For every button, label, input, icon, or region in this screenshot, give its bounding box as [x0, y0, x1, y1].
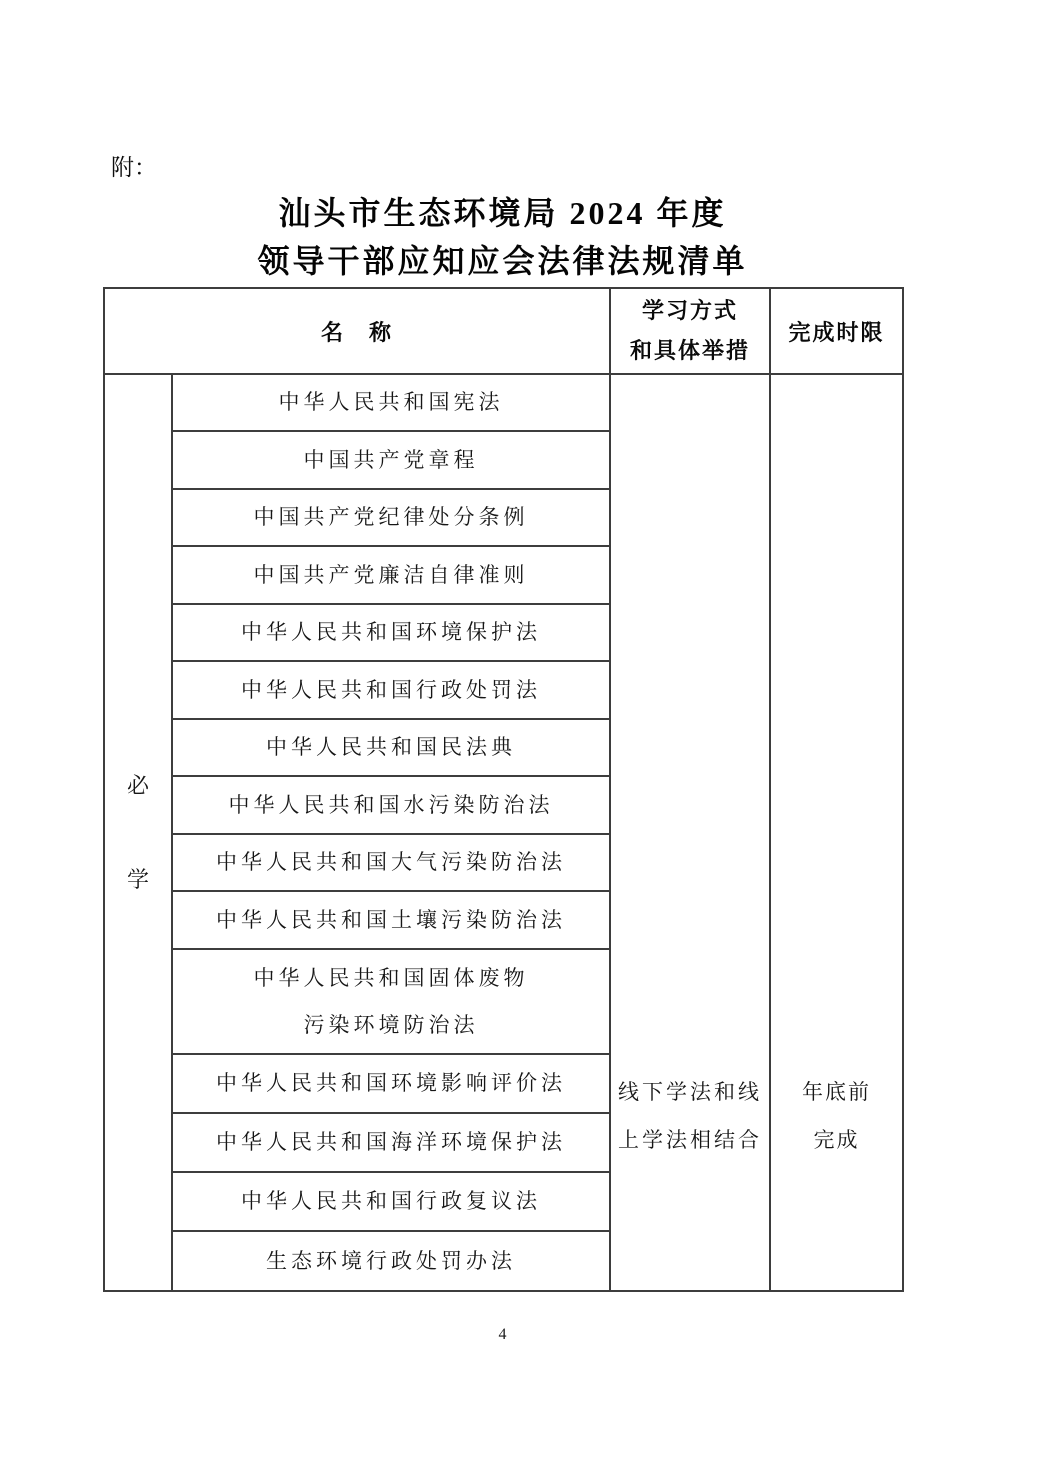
document-title-line1: 汕头市生态环境局 2024 年度: [103, 189, 902, 237]
law-name: 中华人民共和国宪法: [173, 379, 609, 426]
law-name: 中华人民共和国水污染防治法: [173, 782, 609, 829]
law-name: 中华人民共和国民法典: [173, 724, 609, 771]
header-name: 名 称: [104, 288, 610, 374]
law-name: 中华人民共和国大气污染防治法: [173, 839, 609, 886]
law-name: 中国共产党章程: [173, 437, 609, 484]
law-name-cell: 中国共产党纪律处分条例: [172, 489, 610, 546]
table-row: 必 学 中华人民共和国宪法 线下学法和线 上学法相结合 年底前: [104, 374, 903, 431]
header-method-line1: 学习方式: [611, 291, 769, 331]
law-name: 中华人民共和国行政复议法: [173, 1178, 609, 1225]
law-name-cell: 中华人民共和国环境保护法: [172, 604, 610, 661]
method-cell: 线下学法和线 上学法相结合: [610, 374, 770, 1291]
category-char2: 学: [127, 858, 149, 902]
law-name-cell: 中华人民共和国环境影响评价法: [172, 1054, 610, 1113]
law-name-line1: 中华人民共和国固体废物: [173, 955, 609, 1002]
deadline-line2: 完成: [771, 1116, 902, 1164]
deadline-value: 年底前 完成: [771, 501, 902, 1164]
law-name: 中华人民共和国环境影响评价法: [173, 1060, 609, 1107]
law-name-cell: 中华人民共和国民法典: [172, 719, 610, 776]
law-name-cell: 中华人民共和国行政复议法: [172, 1172, 610, 1231]
header-method: 学习方式 和具体举措: [610, 288, 770, 374]
document-title: 汕头市生态环境局 2024 年度 领导干部应知应会法律法规清单: [103, 189, 902, 285]
header-method-line2: 和具体举措: [611, 331, 769, 371]
category-label: 必 学: [105, 764, 171, 902]
deadline-cell: 年底前 完成: [770, 374, 903, 1291]
law-name-cell: 中国共产党廉洁自律准则: [172, 546, 610, 604]
law-name: 中华人民共和国环境保护法: [173, 609, 609, 656]
law-name-cell: 中华人民共和国行政处罚法: [172, 661, 610, 719]
method-line1: 线下学法和线: [611, 1068, 769, 1116]
law-name: 生态环境行政处罚办法: [173, 1238, 609, 1285]
law-name: 中华人民共和国土壤污染防治法: [173, 897, 609, 944]
law-name-cell: 中华人民共和国海洋环境保护法: [172, 1113, 610, 1172]
laws-table: 名 称 学习方式 和具体举措 完成时限 必 学 中华人民共和国宪法: [103, 287, 904, 1292]
category-char1: 必: [127, 764, 149, 808]
document-page: 附： 汕头市生态环境局 2024 年度 领导干部应知应会法律法规清单 名 称 学…: [0, 0, 1040, 1471]
law-name-line2: 污染环境防治法: [173, 1002, 609, 1049]
law-name-cell: 生态环境行政处罚办法: [172, 1231, 610, 1291]
law-name-cell: 中国共产党章程: [172, 431, 610, 489]
method-value: 线下学法和线 上学法相结合: [611, 501, 769, 1164]
law-name: 中国共产党纪律处分条例: [173, 494, 609, 541]
deadline-line1: 年底前: [771, 1068, 902, 1116]
attachment-label: 附：: [111, 153, 157, 181]
law-name: 中华人民共和国海洋环境保护法: [173, 1119, 609, 1166]
page-number: 4: [103, 1326, 902, 1344]
document-title-line2: 领导干部应知应会法律法规清单: [103, 237, 902, 285]
law-name-cell: 中华人民共和国土壤污染防治法: [172, 891, 610, 949]
table-header-row: 名 称 学习方式 和具体举措 完成时限: [104, 288, 903, 374]
law-name-cell: 中华人民共和国固体废物 污染环境防治法: [172, 949, 610, 1054]
law-name-cell: 中华人民共和国宪法: [172, 374, 610, 431]
law-name-cell: 中华人民共和国大气污染防治法: [172, 834, 610, 891]
law-name-cell: 中华人民共和国水污染防治法: [172, 776, 610, 834]
header-deadline: 完成时限: [770, 288, 903, 374]
law-name: 中国共产党廉洁自律准则: [173, 552, 609, 599]
category-cell: 必 学: [104, 374, 172, 1291]
method-line2: 上学法相结合: [611, 1116, 769, 1164]
law-name: 中华人民共和国行政处罚法: [173, 667, 609, 714]
